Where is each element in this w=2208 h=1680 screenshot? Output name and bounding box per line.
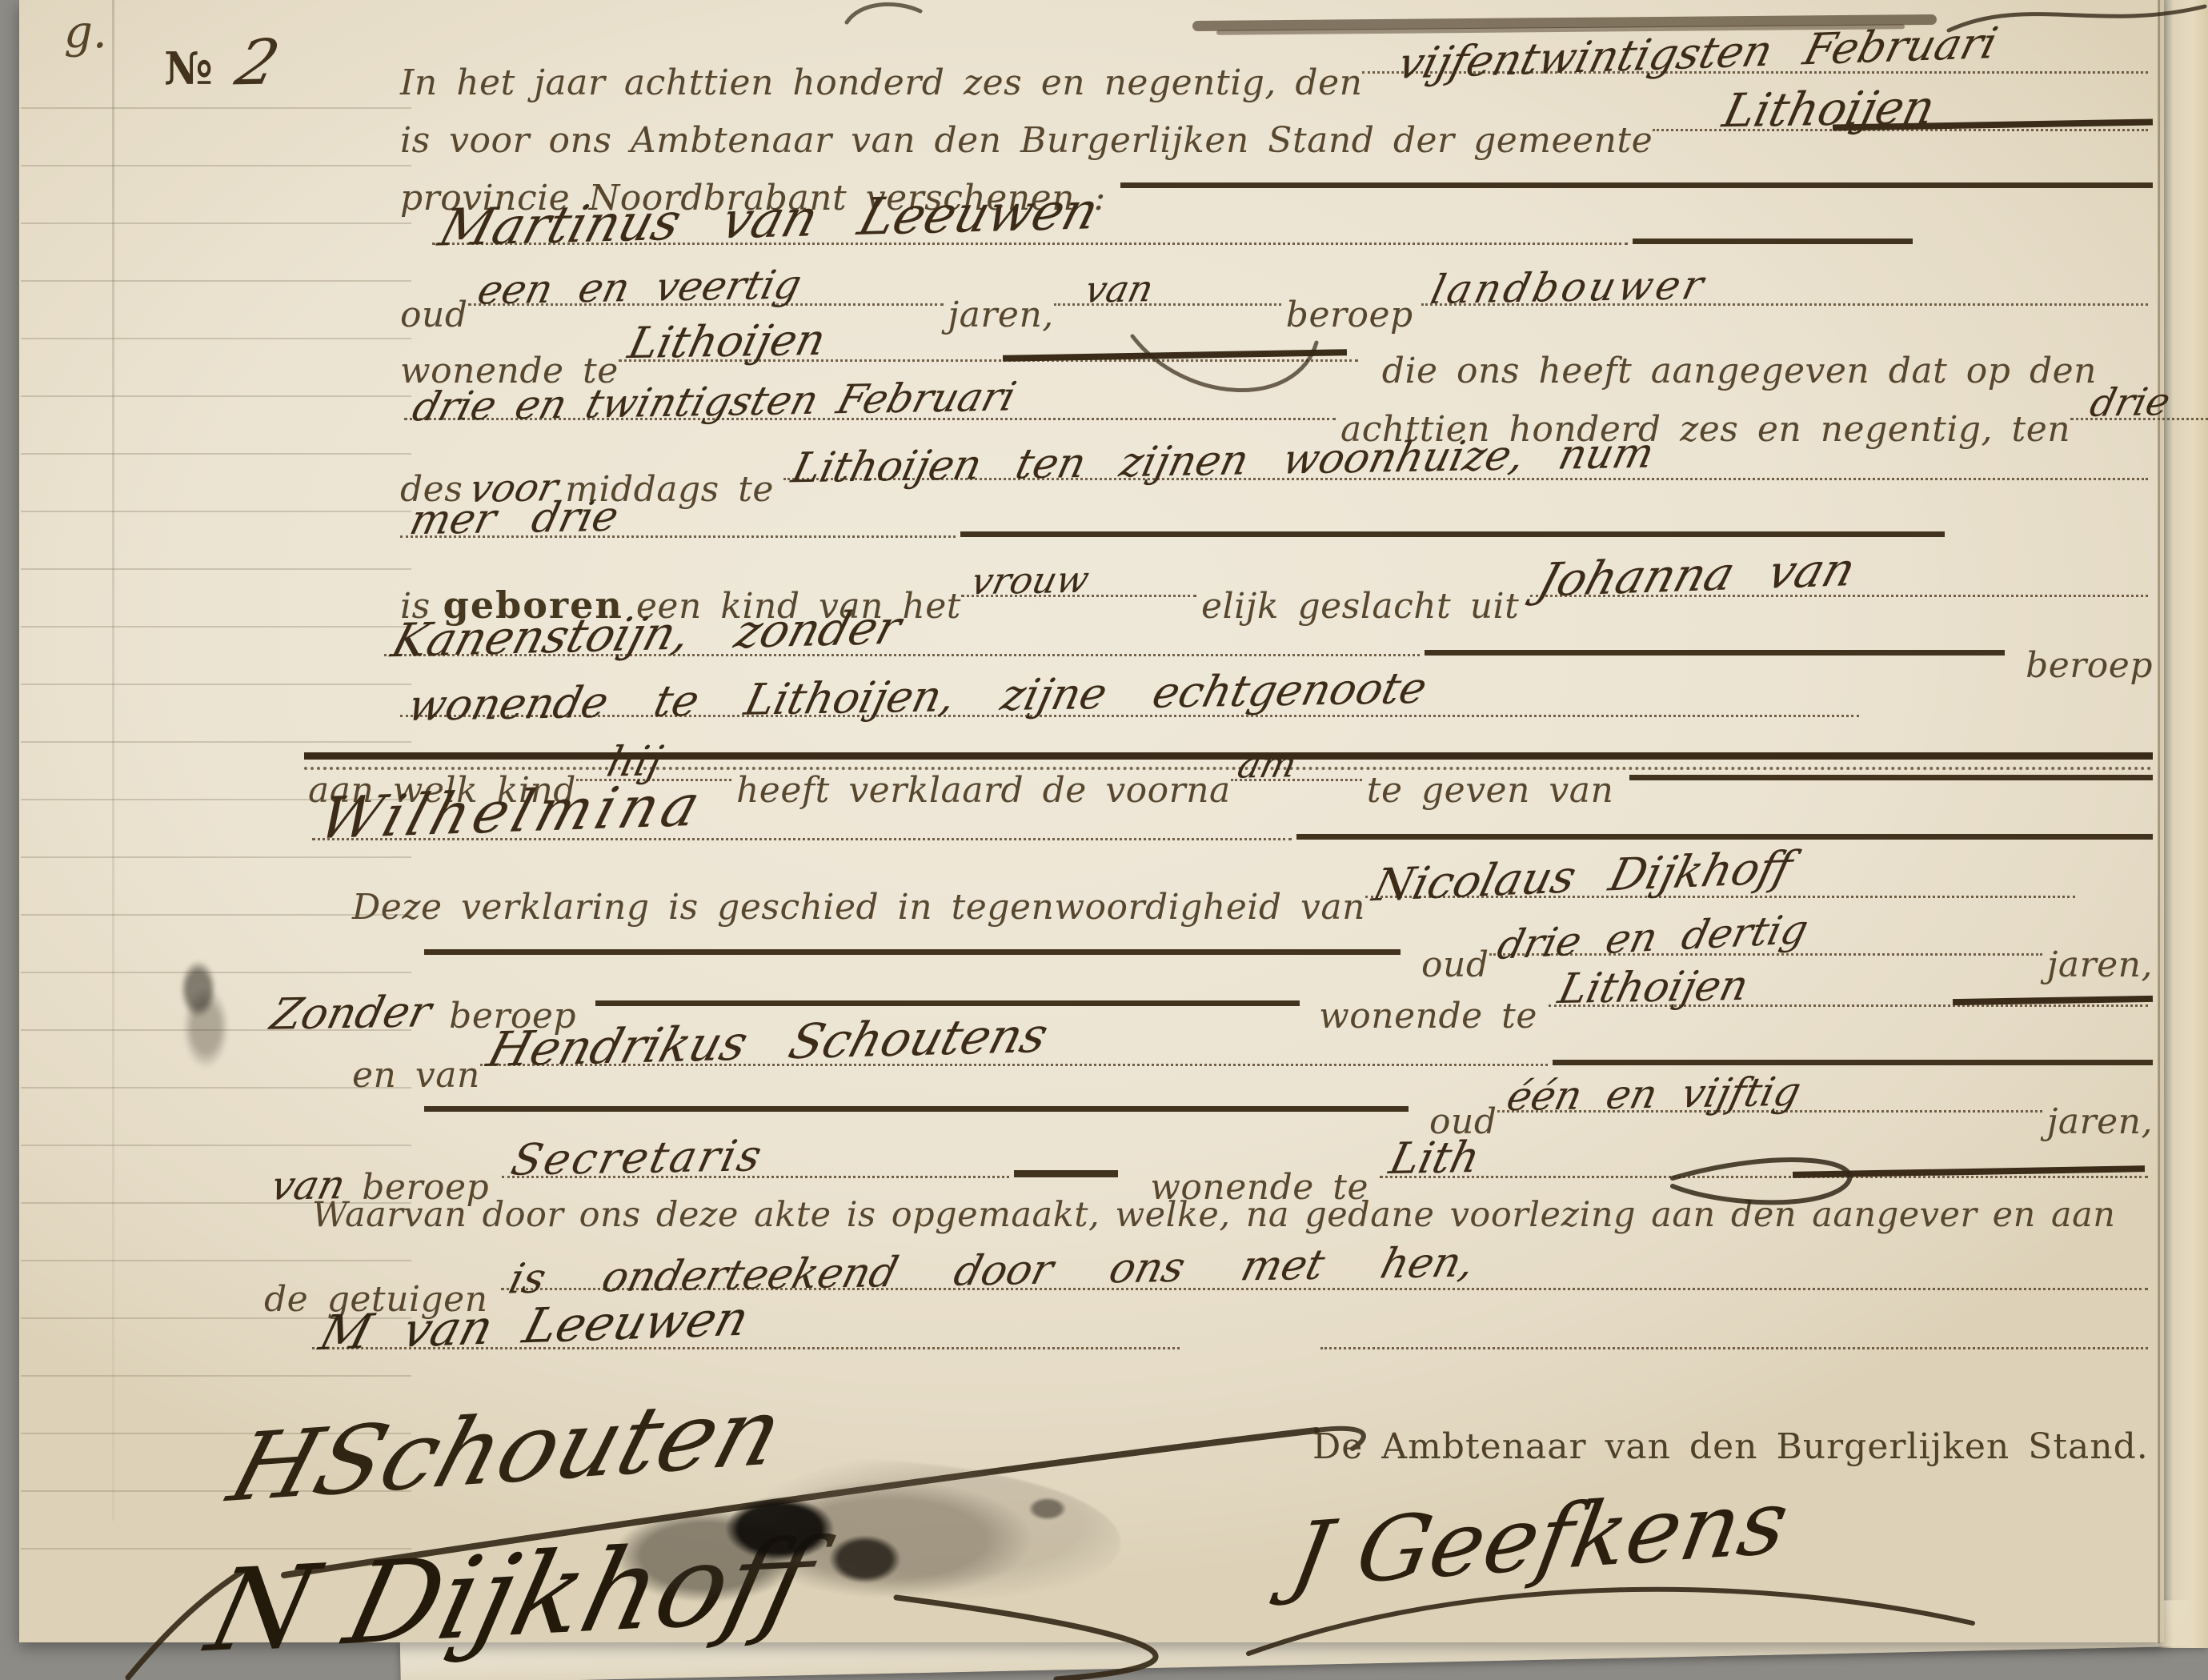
top-right-fragment bbox=[1949, 6, 2205, 30]
age-loop bbox=[1132, 336, 1316, 390]
top-loop-fragment bbox=[847, 4, 920, 22]
margin-note: g. bbox=[64, 6, 107, 58]
ink-blot bbox=[512, 1458, 1120, 1626]
official-title: De Ambtenaar van den Burgerlijken Stand. bbox=[1312, 1426, 2149, 1467]
lith-flourish bbox=[1673, 1160, 1850, 1202]
